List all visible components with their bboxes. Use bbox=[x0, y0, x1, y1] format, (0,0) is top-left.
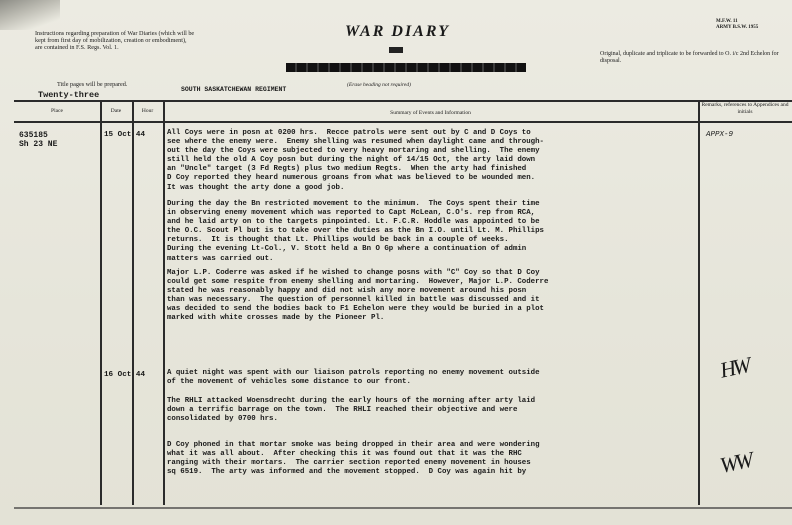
unit-name: SOUTH SASKATCHEWAN REGIMENT bbox=[181, 86, 286, 93]
entry-date: 15 Oct 44 bbox=[104, 131, 145, 140]
struck-out-heading bbox=[286, 63, 526, 72]
unit-heading-note: (Erase heading not required) bbox=[347, 82, 411, 88]
dispatch-note: Original, duplicate and triplicate to be… bbox=[600, 51, 785, 65]
header-date: Date bbox=[100, 108, 132, 115]
header-hour: Hour bbox=[132, 108, 163, 115]
table-top-rule bbox=[14, 100, 792, 102]
header-remarks: Remarks, references to Appendices and in… bbox=[700, 102, 790, 115]
header-summary: Summary of Events and Information bbox=[163, 110, 698, 117]
summary-paragraph: D Coy phoned in that mortar smoke was be… bbox=[167, 441, 540, 477]
instructions-note: Instructions regarding preparation of Wa… bbox=[35, 30, 195, 51]
signature-initials: WW bbox=[718, 447, 753, 479]
table-bottom-rule bbox=[14, 507, 792, 509]
page-corner-shadow bbox=[0, 0, 60, 30]
col-divider-summary bbox=[698, 100, 700, 505]
header-bottom-rule bbox=[14, 121, 792, 123]
title-pages-label: Title pages will be prepared. bbox=[57, 81, 127, 88]
summary-paragraph: All Coys were in posn at 0200 hrs. Recce… bbox=[167, 129, 544, 193]
col-divider-date bbox=[132, 100, 134, 505]
place-map-sheet: Sh 23 NE bbox=[19, 140, 57, 149]
summary-paragraph: During the day the Bn restricted movemen… bbox=[167, 200, 544, 264]
signature-initials: HW bbox=[718, 352, 751, 383]
col-divider-hour bbox=[163, 100, 165, 505]
entry-date: 16 Oct 44 bbox=[104, 371, 145, 380]
summary-paragraph: Major L.P. Coderre was asked if he wishe… bbox=[167, 269, 548, 324]
title-pages-value: Twenty-three bbox=[38, 90, 99, 100]
document-title: WAR DIARY bbox=[345, 23, 450, 41]
col-divider-place bbox=[100, 100, 102, 505]
diary-table: Place Date Hour Summary of Events and In… bbox=[14, 100, 792, 510]
summary-paragraph: A quiet night was spent with our liaison… bbox=[167, 369, 540, 387]
struck-out-mark bbox=[389, 47, 403, 53]
header-place: Place bbox=[14, 108, 100, 115]
remarks-appendix: APPX-9 bbox=[706, 131, 733, 139]
form-code: M.F.W. 11 ARMY B.S.W. 1955 bbox=[716, 19, 758, 31]
summary-paragraph: The RHLI attacked Woensdrecht during the… bbox=[167, 397, 535, 424]
form-code-line: ARMY B.S.W. 1955 bbox=[716, 25, 758, 31]
place-grid-ref: 635185 bbox=[19, 131, 48, 140]
war-diary-page: Instructions regarding preparation of Wa… bbox=[0, 0, 792, 525]
